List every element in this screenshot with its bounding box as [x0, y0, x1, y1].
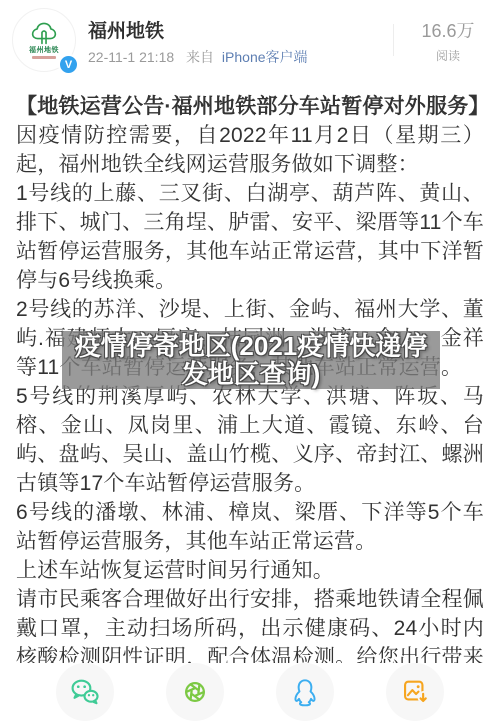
header-divider — [393, 24, 394, 56]
verified-badge-icon: V — [58, 54, 79, 75]
post-title: 【地铁运营公告·福州地铁部分车站暂停对外服务】 — [16, 95, 490, 118]
post-paragraph: 上述车站恢复运营时间另行通知。 — [16, 556, 484, 585]
post-body: 【地铁运营公告·福州地铁部分车站暂停对外服务】因疫情防控需要，自2022年11月… — [0, 92, 500, 701]
read-count-label: 阅读 — [412, 47, 484, 64]
watermark-overlay: 疫情停寄地区(2021疫情快递停发地区查询) — [62, 331, 440, 389]
share-wechat-button[interactable] — [56, 663, 114, 721]
post-header: 福州地铁 V 福州地铁 22-11-1 21:18 来自 iPhone客户端 1… — [0, 0, 500, 92]
post-source-link[interactable]: iPhone客户端 — [222, 49, 308, 65]
source-prefix: 来自 — [186, 49, 214, 65]
wechat-moments-icon — [178, 675, 212, 709]
post-paragraph: 【地铁运营公告·福州地铁部分车站暂停对外服务】因疫情防控需要，自2022年11月… — [16, 92, 484, 179]
share-toolbar — [0, 663, 500, 723]
wechat-icon — [68, 675, 102, 709]
avatar[interactable]: 福州地铁 V — [12, 8, 76, 72]
weibo-post-page: 福州地铁 V 福州地铁 22-11-1 21:18 来自 iPhone客户端 1… — [0, 0, 500, 726]
save-image-icon — [398, 675, 432, 709]
share-qq-button[interactable] — [276, 663, 334, 721]
qq-icon — [288, 675, 322, 709]
post-meta: 22-11-1 21:18 来自 iPhone客户端 — [88, 47, 308, 67]
read-count-block: 16.6万 阅读 — [412, 17, 484, 64]
post-paragraph: 1号线的上藤、三叉街、白湖亭、葫芦阵、黄山、排下、城门、三角埕、胪雷、安平、梁厝… — [16, 179, 484, 295]
avatar-logo-subtext-placeholder — [32, 56, 56, 59]
fuzhou-metro-logo-icon — [27, 21, 61, 47]
share-moments-button[interactable] — [166, 663, 224, 721]
user-name[interactable]: 福州地铁 — [88, 16, 164, 43]
save-image-button[interactable] — [386, 663, 444, 721]
read-count: 16.6万 — [412, 17, 484, 43]
post-paragraph: 5号线的荆溪厚屿、农林大学、洪塘、阵坂、马榕、金山、凤岗里、浦上大道、霞镜、东岭… — [16, 382, 484, 498]
avatar-logo-text: 福州地铁 — [29, 47, 59, 55]
post-paragraph: 6号线的潘墩、林浦、樟岚、梁厝、下洋等5个车站暂停运营服务，其他车站正常运营。 — [16, 498, 484, 556]
post-intro: 因疫情防控需要，自2022年11月2日（星期三）起，福州地铁全线网运营服务做如下… — [16, 124, 484, 176]
post-timestamp: 22-11-1 21:18 — [88, 49, 174, 65]
